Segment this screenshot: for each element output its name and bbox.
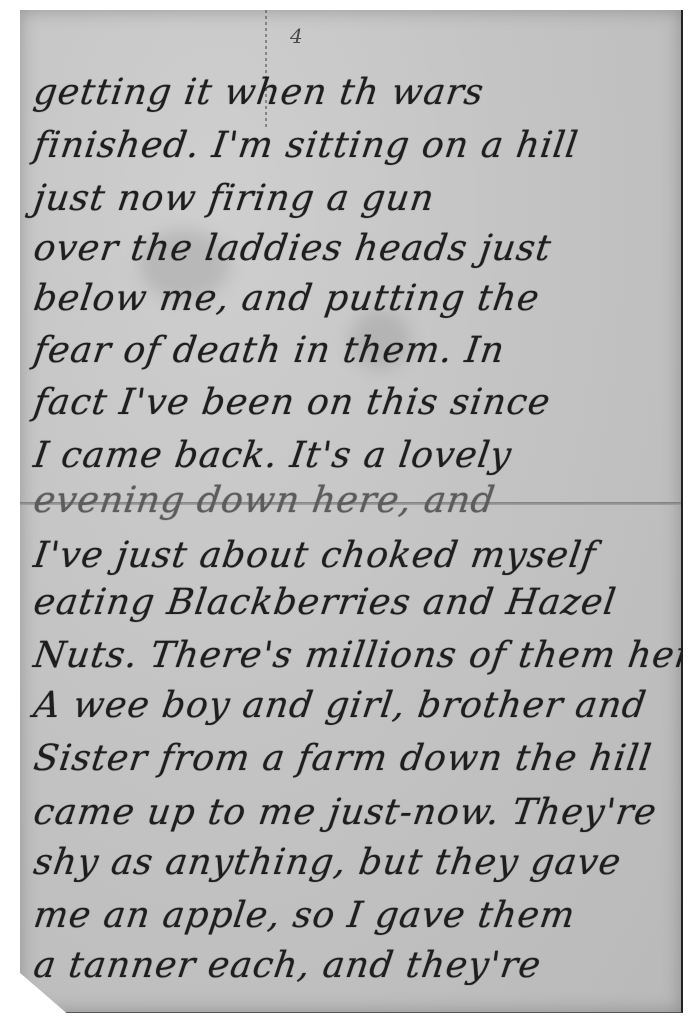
letter-paper: 4 getting it when th wars finished. I'm … xyxy=(20,10,683,1013)
text-line: a tanner each, and they're xyxy=(31,945,544,986)
text-line: just now firing a gun xyxy=(31,178,437,219)
text-line: over the laddies heads just xyxy=(31,228,554,269)
text-line: finished. I'm sitting on a hill xyxy=(31,125,581,166)
text-line: eating Blackberries and Hazel xyxy=(31,582,619,623)
text-line: A wee boy and girl, brother and xyxy=(31,685,649,726)
text-line: Sister from a farm down the hill xyxy=(31,738,654,779)
text-line: getting it when th wars xyxy=(31,72,487,113)
text-line: Nuts. There's millions of them here. xyxy=(31,635,690,676)
text-line: fear of death in them. In xyxy=(31,330,507,371)
text-line: below me, and putting the xyxy=(31,278,542,319)
text-line: me an apple, so I gave them xyxy=(31,895,578,936)
text-line: came up to me just-now. They're xyxy=(31,792,659,833)
text-line: evening down here, and xyxy=(31,480,498,521)
page-number: 4 xyxy=(290,24,303,48)
text-line: I've just about choked myself xyxy=(31,535,599,576)
text-line: shy as anything, but they gave xyxy=(31,842,624,883)
text-line: I came back. It's a lovely xyxy=(31,435,514,476)
text-line: fact I've been on this since xyxy=(31,382,553,423)
